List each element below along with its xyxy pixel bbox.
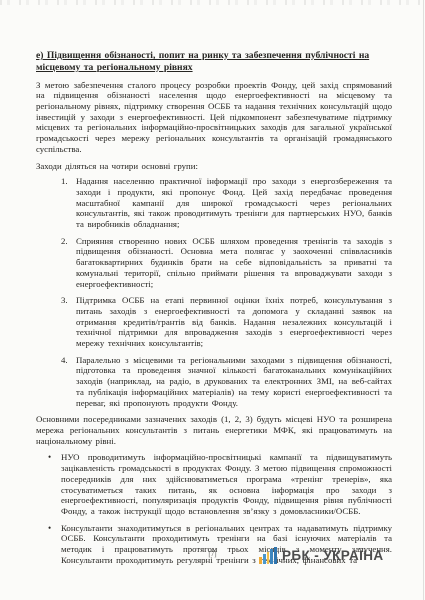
bullet-item-text: НУО проводитимуть інформаційно-просвітни…: [61, 452, 392, 516]
groups-lead-paragraph: Заходи діляться на чотири основні групи:: [36, 161, 392, 172]
bar-chart-icon-bar: [267, 552, 270, 565]
numbered-item: 4. Паралельно з місцевими та регіональни…: [36, 355, 392, 409]
numbered-item-text: Паралельно з місцевими та регіональними …: [76, 355, 392, 409]
scan-edge-artifact-top: [0, 0, 425, 5]
numbered-item-text: Підтримка ОСББ на етапі первинної оцінки…: [76, 295, 392, 349]
bar-chart-icon-bar: [263, 554, 266, 564]
intro-paragraph: З метою забезпечення сталого процесу роз…: [36, 80, 392, 155]
bar-chart-icon-bar: [270, 549, 273, 564]
bullet-marker: •: [48, 452, 61, 516]
scan-edge-artifact-right: [423, 0, 424, 600]
list-number: 3.: [61, 295, 76, 349]
section-heading: е) Підвищення обізнаності, попит на ринк…: [36, 50, 392, 74]
rbc-ukraine-logo: РБК - УКРАЇНА: [259, 547, 384, 564]
bar-chart-icon-bar: [274, 547, 277, 564]
numbered-item-text: Сприяння створенню нових ОСББ шляхом про…: [76, 236, 392, 290]
logo-text: РБК - УКРАЇНА: [282, 548, 384, 563]
numbered-item: 1. Надання населенню практичної інформац…: [36, 176, 392, 230]
numbered-item: 3. Підтримка ОСББ на етапі первинної оці…: [36, 295, 392, 349]
bar-chart-icon-bar: [259, 557, 262, 564]
document-page: е) Підвищення обізнаності, попит на ринк…: [0, 0, 425, 600]
list-number: 2.: [61, 236, 76, 290]
bar-chart-icon: [259, 547, 277, 564]
document-content: е) Підвищення обізнаності, попит на ринк…: [36, 50, 392, 571]
numbered-item-text: Надання населенню практичної інформації …: [76, 176, 392, 230]
bullet-marker: •: [48, 523, 61, 566]
list-number: 1.: [61, 176, 76, 230]
numbered-item: 2. Сприяння створенню нових ОСББ шляхом …: [36, 236, 392, 290]
bullet-item: • НУО проводитимуть інформаційно-просвіт…: [36, 452, 392, 516]
list-number: 4.: [61, 355, 76, 409]
mediators-paragraph: Основними посередниками зазначених заход…: [36, 414, 392, 446]
